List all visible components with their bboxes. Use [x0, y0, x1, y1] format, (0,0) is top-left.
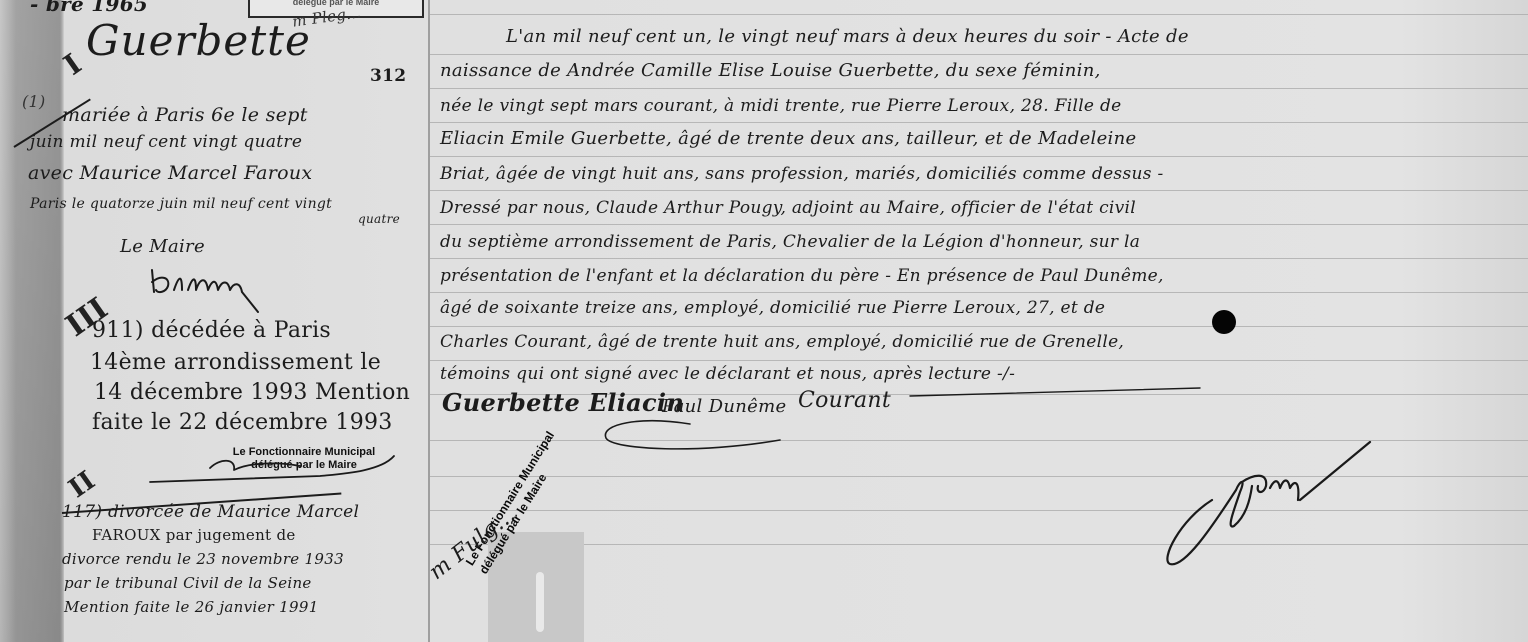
annotation-II-line: divorce rendu le 23 novembre 1933 [62, 550, 344, 568]
annotation-I-line: avec Maurice Marcel Faroux [28, 162, 312, 184]
annotation-II-line: par le tribunal Civil de la Seine [64, 574, 312, 592]
annotation-I-line: juin mil neuf cent vingt quatre [30, 132, 302, 152]
annotation-I-signoff: Le Maire [120, 236, 205, 257]
body-line: Dressé par nous, Claude Arthur Pougy, ad… [440, 198, 1136, 218]
ruled-line [430, 258, 1528, 259]
signature-witness-1: Paul Dunême [662, 396, 786, 417]
body-line: présentation de l'enfant et la déclarati… [440, 266, 1164, 286]
annotation-II-line: 117) divorcée de Maurice Marcel [62, 502, 359, 522]
body-line: Charles Courant, âgé de trente huit ans,… [440, 332, 1124, 352]
ruled-line [430, 190, 1528, 191]
officer-signature-label: Pougy [1190, 464, 1195, 465]
ruled-line [430, 360, 1528, 361]
body-line: L'an mil neuf cent un, le vingt neuf mar… [506, 26, 1189, 47]
annotation-I-line: mariée à Paris 6e le sept [62, 104, 308, 126]
annotation-I-line: Paris le quatorze juin mil neuf cent vin… [30, 196, 332, 212]
body-line: âgé de soixante treize ans, employé, dom… [440, 298, 1105, 318]
record-number: 312 [370, 66, 406, 86]
signature-flourish [540, 410, 800, 460]
annotation-I-line: quatre [358, 212, 400, 226]
ruled-line [430, 88, 1528, 89]
body-line: Briat, âgée de vingt huit ans, sans prof… [440, 164, 1164, 184]
margin-divider [428, 0, 430, 642]
signature-underline [900, 386, 1220, 406]
annotation-III-line: 14 décembre 1993 Mention [94, 380, 410, 405]
header-fragment: - bre 1965 [30, 0, 148, 16]
ruled-line [430, 156, 1528, 157]
annotation-III-line: 911) décédée à Paris [92, 318, 331, 343]
officer-signature [1150, 430, 1410, 580]
ruled-line [430, 224, 1528, 225]
document-page: - bre 1965 délégué par le Maire m Pleg..… [0, 0, 1528, 642]
ruled-line [430, 326, 1528, 327]
body-line: du septième arrondissement de Paris, Che… [440, 232, 1140, 252]
annotation-III-line: faite le 22 décembre 1993 [92, 410, 393, 435]
ruled-line [430, 14, 1528, 15]
mayor-signature [148, 264, 358, 324]
ruled-line [430, 122, 1528, 123]
annotation-II-line: FAROUX par jugement de [92, 526, 296, 544]
body-line: témoins qui ont signé avec le déclarant … [440, 364, 1015, 384]
annotation-numeral-II: II [64, 466, 101, 505]
ruled-line [430, 292, 1528, 293]
middle-stamp-signature [140, 448, 400, 498]
annotation-III-line: 14ème arrondissement le [90, 350, 381, 375]
body-line: née le vingt sept mars courant, à midi t… [440, 96, 1122, 116]
ink-blot [1212, 310, 1236, 334]
body-line: naissance de Andrée Camille Elise Louise… [440, 60, 1101, 81]
body-line: Eliacin Emile Guerbette, âgé de trente d… [440, 128, 1136, 149]
annotation-I-prefix: (1) [22, 92, 46, 111]
signature-witness-2: Courant [798, 388, 891, 413]
annotation-II-line: Mention faite le 26 janvier 1991 [64, 598, 319, 616]
ruled-line [430, 54, 1528, 55]
margin-surname: Guerbette [86, 16, 311, 65]
